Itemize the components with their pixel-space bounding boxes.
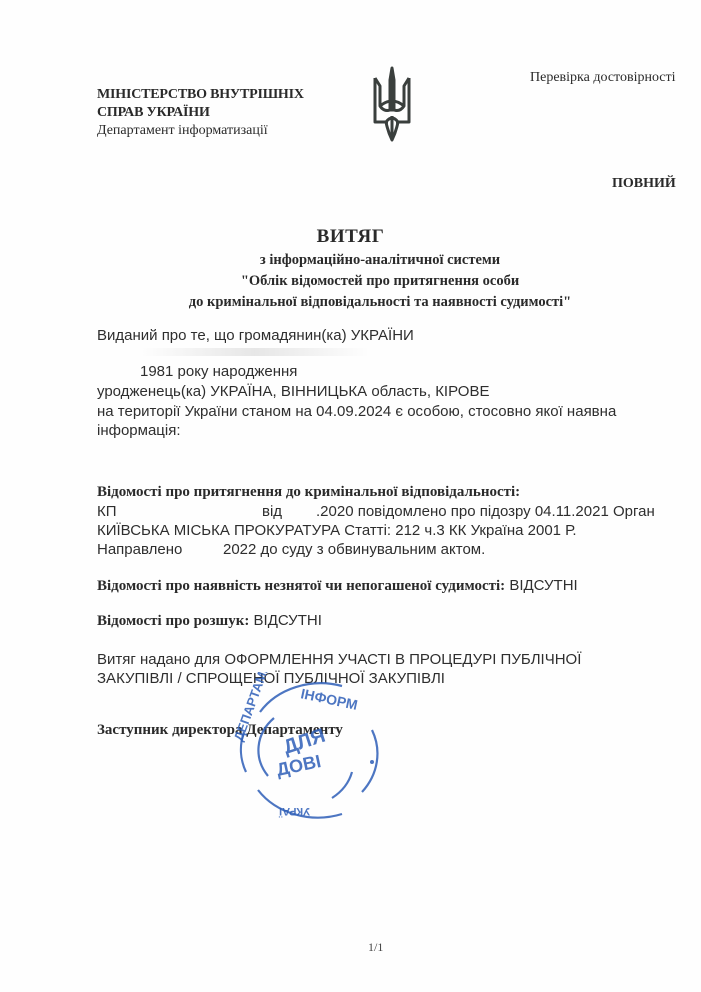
subtitle-line-3: до кримінальної відповідальності та наяв… (100, 292, 660, 313)
verification-label: Перевірка достовірності (530, 70, 676, 86)
department-name: Департамент інформатизації (97, 122, 268, 140)
document-subtitle: з інформаційно-аналітичної системи "Облі… (100, 250, 660, 313)
stamp-text-center-2: ДОВІ (275, 751, 323, 780)
wanted-value: ВІДСУТНІ (254, 612, 322, 629)
stamp-text-top: ІНФОРМ (299, 685, 359, 713)
ministry-name: МІНІСТЕРСТВО ВНУТРІШНІХ СПРАВ УКРАЇНИ (97, 86, 304, 122)
birth-line: 1981 року народження (140, 362, 297, 381)
kp-label: КП (97, 502, 117, 521)
court-referral-line: Направлено 2022 до суду з обвинувальним … (97, 540, 597, 559)
wanted-heading: Відомості про розшук: (97, 613, 249, 629)
sent-text: 2022 до суду з обвинувальним актом. (223, 540, 485, 559)
trident-coat-of-arms-icon (372, 66, 412, 144)
from-label: від (262, 502, 282, 521)
official-round-stamp-icon: ІНФОРМ ДЕПАРТАМЕ ДЛЯ ДОВІ УКРАЇ (222, 672, 402, 822)
conviction-value: ВІДСУТНІ (509, 577, 577, 594)
purpose-line-2: ЗАКУПІВЛІ / СПРОЩЕНОЇ ПУБЛІЧНОЇ ЗАКУПІВЛ… (97, 669, 445, 688)
document-title: ВИТЯГ (0, 226, 701, 248)
purpose-line-1: Витяг надано для ОФОРМЛЕННЯ УЧАСТІ В ПРО… (97, 650, 581, 669)
sent-label: Направлено (97, 540, 182, 559)
birthplace-line: уродженець(ка) УКРАЇНА, ВІННИЦЬКА област… (97, 382, 489, 401)
criminal-case-line: КП від .2020 повідомлено про підозру 04.… (97, 502, 657, 521)
subtitle-line-1: з інформаційно-аналітичної системи (100, 250, 660, 271)
document-page: МІНІСТЕРСТВО ВНУТРІШНІХ СПРАВ УКРАЇНИ Де… (0, 0, 701, 992)
issued-line: Виданий про те, що громадянин(ка) УКРАЇН… (97, 326, 414, 345)
stamp-text-bottom: УКРАЇ (278, 805, 310, 818)
page-number: 1/1 (368, 940, 383, 955)
conviction-section: Відомості про наявність незнятої чи непо… (97, 576, 578, 596)
authority-line: КИЇВСЬКА МІСЬКА ПРОКУРАТУРА Статті: 212 … (97, 521, 577, 540)
ministry-line-2: СПРАВ УКРАЇНИ (97, 104, 304, 122)
info-line: інформація: (97, 421, 181, 440)
redacted-name (140, 348, 370, 356)
wanted-section: Відомості про розшук: ВІДСУТНІ (97, 611, 322, 631)
ministry-line-1: МІНІСТЕРСТВО ВНУТРІШНІХ (97, 86, 304, 104)
conviction-heading: Відомості про наявність незнятої чи непо… (97, 578, 505, 594)
criminal-liability-heading: Відомості про притягнення до кримінально… (97, 484, 520, 501)
extract-type: ПОВНИЙ (612, 176, 676, 192)
territory-line: на території України станом на 04.09.202… (97, 402, 616, 421)
signer-title: Заступник директора Департаменту (97, 722, 343, 739)
suspicion-notice: .2020 повідомлено про підозру 04.11.2021… (316, 502, 655, 521)
subtitle-line-2: "Облік відомостей про притягнення особи (100, 271, 660, 292)
